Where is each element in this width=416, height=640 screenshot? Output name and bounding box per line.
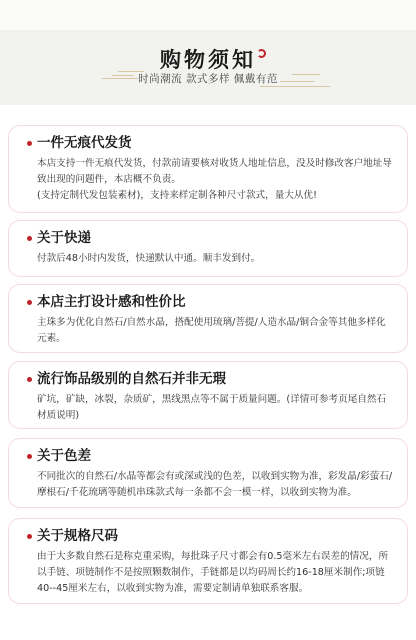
deco-line-left-2 <box>112 75 134 76</box>
card-body: 主珠多为优化自然石/自然水晶，搭配使用琉璃/菩提/人造水晶/铜合金等其他多样化元… <box>27 315 393 347</box>
card-body: 矿坑，矿缺，冰裂，杂质矿，黑线黑点等不属于质量问题。(详情可参考页尾自然石材质说… <box>27 392 393 424</box>
info-card-dropshipping: 一件无痕代发货 本店支持一件无痕代发货，付款前请要核对收货人地址信息，没及时修改… <box>8 125 408 213</box>
card-title: 一件无痕代发货 <box>27 134 393 152</box>
card-body: 本店支持一件无痕代发货，付款前请要核对收货人地址信息，没及时修改客户地址导致出现… <box>27 156 393 204</box>
info-card-size-spec: 关于规格尺码 由于大多数自然石是称克重采购，每批珠子尺寸都会有0.5毫米左右误差… <box>8 518 408 604</box>
card-title: 本店主打设计感和性价比 <box>27 293 393 311</box>
bullet-icon <box>27 141 32 146</box>
info-card-design-value: 本店主打设计感和性价比 主珠多为优化自然石/自然水晶，搭配使用琉璃/菩提/人造水… <box>8 284 408 353</box>
info-card-color-difference: 关于色差 不同批次的自然石/水晶等都会有或深或浅的色差，以收到实物为准，彩发晶/… <box>8 438 408 508</box>
deco-line-left-1 <box>118 71 144 72</box>
card-body: 由于大多数自然石是称克重采购，每批珠子尺寸都会有0.5毫米左右误差的情况，所以手… <box>27 549 393 597</box>
red-ring-icon <box>257 49 266 58</box>
page-subtitle: 时尚潮流 款式多样 佩戴有范 <box>0 71 416 86</box>
bullet-icon <box>27 534 32 539</box>
card-body: 付款后48小时内发货，快递默认中通。顺丰发到付。 <box>27 251 393 267</box>
deco-line-left-3 <box>102 78 138 79</box>
info-card-natural-stone: 流行饰品级别的自然石并非无瑕 矿坑，矿缺，冰裂，杂质矿，黑线黑点等不属于质量问题… <box>8 361 408 429</box>
card-title: 流行饰品级别的自然石并非无瑕 <box>27 370 393 388</box>
top-strip <box>0 0 416 30</box>
card-title: 关于规格尺码 <box>27 527 393 545</box>
card-title: 关于快递 <box>27 229 393 247</box>
card-title: 关于色差 <box>27 447 393 465</box>
deco-line-right-1 <box>292 74 320 75</box>
bullet-icon <box>27 236 32 241</box>
card-body: 不同批次的自然石/水晶等都会有或深或浅的色差，以收到实物为准，彩发晶/彩萤石/摩… <box>27 469 393 501</box>
bullet-icon <box>27 300 32 305</box>
bullet-icon <box>27 454 32 459</box>
page-title: 购物须知 <box>0 44 416 74</box>
deco-line-right-2 <box>280 81 314 82</box>
deco-line-right-3 <box>260 86 330 87</box>
bullet-icon <box>27 377 32 382</box>
info-card-shipping: 关于快递 付款后48小时内发货，快递默认中通。顺丰发到付。 <box>8 220 408 277</box>
